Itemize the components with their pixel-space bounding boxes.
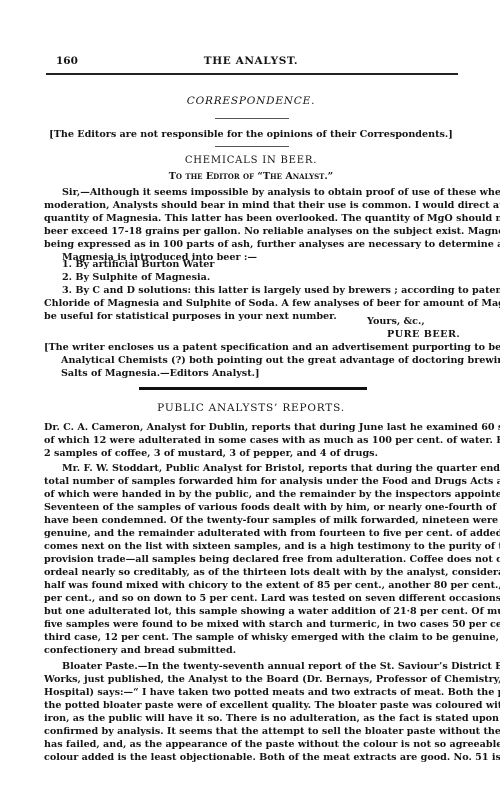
text-line: but one adulterated lot, this sample sho… xyxy=(44,605,458,618)
text-line: Dr. C. A. Cameron, Analyst for Dublin, r… xyxy=(44,421,458,434)
text-line: beer exceed 17-18 grains per gallon. No … xyxy=(44,225,458,238)
header-rule xyxy=(46,73,458,75)
text-line: Chloride of Magnesia and Sulphite of Sod… xyxy=(44,297,458,310)
text-line: ordeal nearly so creditably, as of the t… xyxy=(44,566,458,579)
text-line: of which 12 were adulterated in some cas… xyxy=(44,434,458,447)
text-line: genuine, and the remainder adulterated w… xyxy=(44,527,458,540)
running-head: 160 THE ANALYST. xyxy=(44,55,458,71)
divider xyxy=(215,118,289,119)
section-title-correspondence: CORRESPONDENCE. xyxy=(44,95,458,107)
text-line: provision trade—all samples being declar… xyxy=(44,553,458,566)
letter-title: CHEMICALS IN BEER. xyxy=(44,155,458,166)
text-line: confectionery and bread submitted. xyxy=(44,644,458,657)
text-line: of which were handed in by the public, a… xyxy=(44,488,458,501)
list-item: 1. By artificial Burton Water xyxy=(44,258,458,271)
text-line: Hospital) says:—“ I have taken two potte… xyxy=(44,686,458,699)
text-line: Mr. F. W. Stoddart, Public Analyst for B… xyxy=(44,462,458,475)
text-line: iron, as the public will have it so. The… xyxy=(44,712,458,725)
text-line: the potted bloater paste were of excelle… xyxy=(44,699,458,712)
text-line: 2 samples of coffee, 3 of mustard, 3 of … xyxy=(44,447,458,460)
text-line: Salts of Magnesia.—Editors Analyst.] xyxy=(61,367,458,380)
text-line: half was found mixed with chicory to the… xyxy=(44,579,458,592)
text-line: has failed, and, as the appearance of th… xyxy=(44,738,458,751)
text-line: quantity of Magnesia. This latter has be… xyxy=(44,212,458,225)
text-line: [The writer encloses us a patent specifi… xyxy=(44,341,458,354)
list-item: 2. By Sulphite of Magnesia. xyxy=(44,271,458,284)
text-line: five samples were found to be mixed with… xyxy=(44,618,458,631)
text-line: comes next on the list with sixteen samp… xyxy=(44,540,458,553)
editors-disclaimer: [The Editors are not responsible for the… xyxy=(44,128,458,141)
text-line: Analytical Chemists (?) both pointing ou… xyxy=(61,354,458,367)
divider xyxy=(215,146,289,147)
text-line: moderation, Analysts should bear in mind… xyxy=(44,199,458,212)
text-line: third case, 12 per cent. The sample of w… xyxy=(44,631,458,644)
reports-heading: PUBLIC ANALYSTS’ REPORTS. xyxy=(44,402,458,414)
journal-title: THE ANALYST. xyxy=(44,55,458,67)
letter-signature: PURE BEER. xyxy=(387,328,460,341)
list-item: 3. By C and D solutions: this latter is … xyxy=(44,284,458,297)
text-line: have been condemned. Of the twenty-four … xyxy=(44,514,458,527)
letter-salutation: To the Editor of “The Analyst.” xyxy=(44,170,458,183)
text-line: being expressed as in 100 parts of ash, … xyxy=(44,238,458,251)
letter-closing: Yours, &c., xyxy=(367,315,425,328)
text-line: total number of samples forwarded him fo… xyxy=(44,475,458,488)
text-line: Seventeen of the samples of various food… xyxy=(44,501,458,514)
text-line: colour added is the least objectionable.… xyxy=(44,751,458,764)
text-line: Works, just published, the Analyst to th… xyxy=(44,673,458,686)
section-divider xyxy=(139,387,367,390)
text-line: confirmed by analysis. It seems that the… xyxy=(44,725,458,738)
text-line: Bloater Paste.—In the twenty-seventh ann… xyxy=(44,660,458,673)
text-line: Sir,—Although it seems impossible by ana… xyxy=(44,186,458,199)
text-line: per cent., and so on down to 5 per cent.… xyxy=(44,592,458,605)
